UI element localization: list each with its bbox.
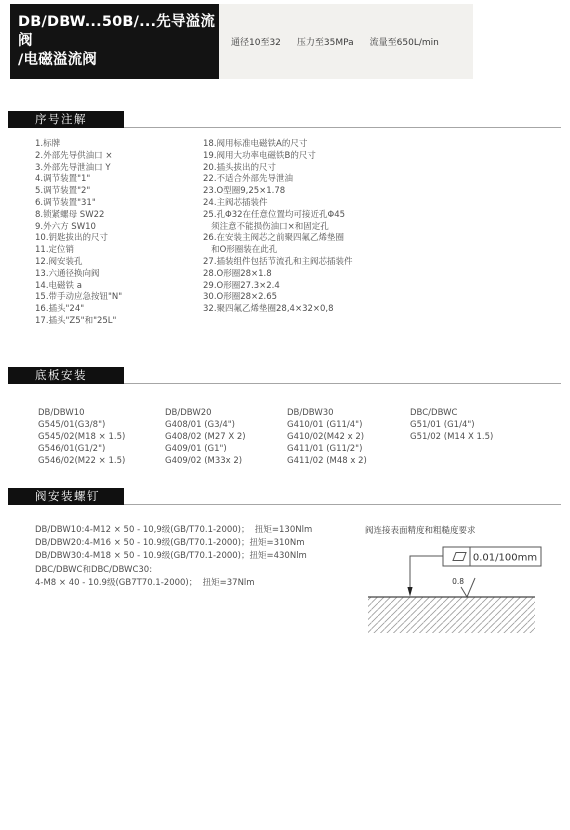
note-item: 11.定位销 bbox=[35, 245, 122, 257]
note-item: 32.聚四氟乙烯垫圈28,4×32×0,8 bbox=[203, 304, 353, 316]
subplate-model: G545/01(G3/8") bbox=[38, 419, 125, 431]
note-item: 8.锁紧螺母 SW22 bbox=[35, 210, 122, 222]
flatness-symbol-icon bbox=[453, 553, 466, 561]
subplate-model: G408/01 (G3/4") bbox=[165, 419, 246, 431]
note-item: 16.插头"24" bbox=[35, 304, 122, 316]
diagram-title: 阀连接表面精度和粗糙度要求 bbox=[365, 524, 547, 536]
note-item: 28.O形圈28×1.8 bbox=[203, 269, 353, 281]
section-rule bbox=[124, 127, 561, 128]
note-item: 25.孔Φ32在任意位置均可接近孔Φ45 bbox=[203, 210, 353, 222]
note-item: 4.调节装置"1" bbox=[35, 174, 122, 186]
section-heading-subplate: 底板安装 bbox=[8, 367, 124, 384]
note-item: 和O形圈装在此孔 bbox=[203, 245, 353, 257]
bolt-spec-lines: DB/DBW10:4-M12 × 50 - 10,9级(GB/T70.1-200… bbox=[35, 524, 312, 590]
flatness-value: 0.01/100mm bbox=[473, 553, 537, 564]
surface-finish-diagram: 阀连接表面精度和粗糙度要求 0.01/100mm 0.8 bbox=[365, 524, 547, 636]
bolt-spec-line: DB/DBW30:4-M18 × 50 - 10.9级(GB/T70.1-200… bbox=[35, 550, 312, 563]
leader-arrow-icon bbox=[407, 556, 443, 597]
subplate-column: DBC/DBWC G51/01 (G1/4")G51/02 (M14 X 1.5… bbox=[410, 407, 493, 443]
note-item: 须注意不能损伤油口×和固定孔 bbox=[203, 222, 353, 234]
note-item: 5.调节装置"2" bbox=[35, 186, 122, 198]
subplate-column-title: DB/DBW30 bbox=[287, 407, 367, 419]
subplate-column-title: DB/DBW20 bbox=[165, 407, 246, 419]
note-item: 29.O形圈27.3×2.4 bbox=[203, 281, 353, 293]
subplate-model: G546/01(G1/2") bbox=[38, 443, 125, 455]
notes-right-column: 18.阀用标准电磁铁A的尺寸19.阀用大功率电磁铁B的尺寸20.插头拔出的尺寸2… bbox=[203, 139, 353, 316]
subplate-model: G409/01 (G1") bbox=[165, 443, 246, 455]
note-item: 14.电磁铁 a bbox=[35, 281, 122, 293]
note-item: 13.六通径换向阀 bbox=[35, 269, 122, 281]
note-item: 3.外部先导泄油口 Y bbox=[35, 163, 122, 175]
subplate-model: G408/02 (M27 X 2) bbox=[165, 431, 246, 443]
subplate-model: G410/02(M42 x 2) bbox=[287, 431, 367, 443]
roughness-value: 0.8 bbox=[452, 577, 464, 586]
page-title-line1: DB/DBW...50B/...先导溢流阀 bbox=[18, 13, 219, 51]
note-item: 6.调节装置"31" bbox=[35, 198, 122, 210]
spec-item: 通径10至32 bbox=[231, 35, 281, 48]
page-title-line2: /电磁溢流阀 bbox=[18, 51, 219, 70]
subplate-model: G410/01 (G11/4") bbox=[287, 419, 367, 431]
surface-hatch bbox=[368, 597, 535, 633]
surface-finish-drawing: 0.01/100mm 0.8 bbox=[365, 538, 547, 636]
subplate-column: DB/DBW20 G408/01 (G3/4")G408/02 (M27 X 2… bbox=[165, 407, 246, 467]
note-item: 20.插头拔出的尺寸 bbox=[203, 163, 353, 175]
note-item: 23.O型圈9,25×1.78 bbox=[203, 186, 353, 198]
note-item: 22.不适合外部先导泄油 bbox=[203, 174, 353, 186]
header-title-block: DB/DBW...50B/...先导溢流阀 /电磁溢流阀 bbox=[10, 4, 219, 79]
note-item: 10.钥匙拔出的尺寸 bbox=[35, 233, 122, 245]
note-item: 26.在安装主阀芯之前聚四氟乙烯垫圈 bbox=[203, 233, 353, 245]
note-item: 1.标牌 bbox=[35, 139, 122, 151]
subplate-model: G411/01 (G11/2") bbox=[287, 443, 367, 455]
subplate-model: G409/02 (M33x 2) bbox=[165, 455, 246, 467]
note-item: 30.O形圈28×2.65 bbox=[203, 292, 353, 304]
section-heading-bolts: 阀安装螺钉 bbox=[8, 488, 124, 505]
note-item: 15.带手动应急按钮"N" bbox=[35, 292, 122, 304]
subplate-column: DB/DBW30 G410/01 (G11/4")G410/02(M42 x 2… bbox=[287, 407, 367, 467]
subplate-model: G51/02 (M14 X 1.5) bbox=[410, 431, 493, 443]
subplate-model: G411/02 (M48 x 2) bbox=[287, 455, 367, 467]
spec-item: 压力至35MPa bbox=[297, 35, 354, 48]
note-item: 2.外部先导供油口 × bbox=[35, 151, 122, 163]
note-item: 12.阀安装孔 bbox=[35, 257, 122, 269]
note-item: 17.插头"Z5"和"25L" bbox=[35, 316, 122, 328]
subplate-model: G51/01 (G1/4") bbox=[410, 419, 493, 431]
header-spec-strip: 通径10至32压力至35MPa流量至650L/min bbox=[219, 4, 473, 79]
notes-left-column: 1.标牌2.外部先导供油口 ×3.外部先导泄油口 Y4.调节装置"1"5.调节装… bbox=[35, 139, 122, 328]
subplate-column-title: DB/DBW10 bbox=[38, 407, 125, 419]
bolt-spec-line: DB/DBW10:4-M12 × 50 - 10,9级(GB/T70.1-200… bbox=[35, 524, 312, 537]
spec-item: 流量至650L/min bbox=[370, 35, 439, 48]
datasheet-page: DB/DBW...50B/...先导溢流阀 /电磁溢流阀 通径10至32压力至3… bbox=[0, 0, 570, 830]
subplate-column: DB/DBW10 G545/01(G3/8")G545/02(M18 × 1.5… bbox=[38, 407, 125, 467]
subplate-model: G545/02(M18 × 1.5) bbox=[38, 431, 125, 443]
section-heading-notes: 序号注解 bbox=[8, 111, 124, 128]
subplate-column-title: DBC/DBWC bbox=[410, 407, 493, 419]
bolt-spec-line: 4-M8 × 40 - 10.9级(GB7T70.1-2000)； 扭矩=37N… bbox=[35, 577, 312, 590]
note-item: 19.阀用大功率电磁铁B的尺寸 bbox=[203, 151, 353, 163]
note-item: 24.主阀芯插装件 bbox=[203, 198, 353, 210]
section-rule bbox=[124, 504, 561, 505]
note-item: 18.阀用标准电磁铁A的尺寸 bbox=[203, 139, 353, 151]
subplate-model: G546/02(M22 × 1.5) bbox=[38, 455, 125, 467]
note-item: 9.外六方 SW10 bbox=[35, 222, 122, 234]
roughness-symbol-icon: 0.8 bbox=[452, 577, 475, 597]
flatness-frame: 0.01/100mm bbox=[443, 547, 541, 566]
note-item: 27.插装组件包括节流孔和主阀芯插装件 bbox=[203, 257, 353, 269]
bolt-spec-line: DBC/DBWC和DBC/DBWC30: bbox=[35, 564, 312, 577]
section-rule bbox=[124, 383, 561, 384]
bolt-spec-line: DB/DBW20:4-M16 × 50 - 10.9级(GB/T70.1-200… bbox=[35, 537, 312, 550]
